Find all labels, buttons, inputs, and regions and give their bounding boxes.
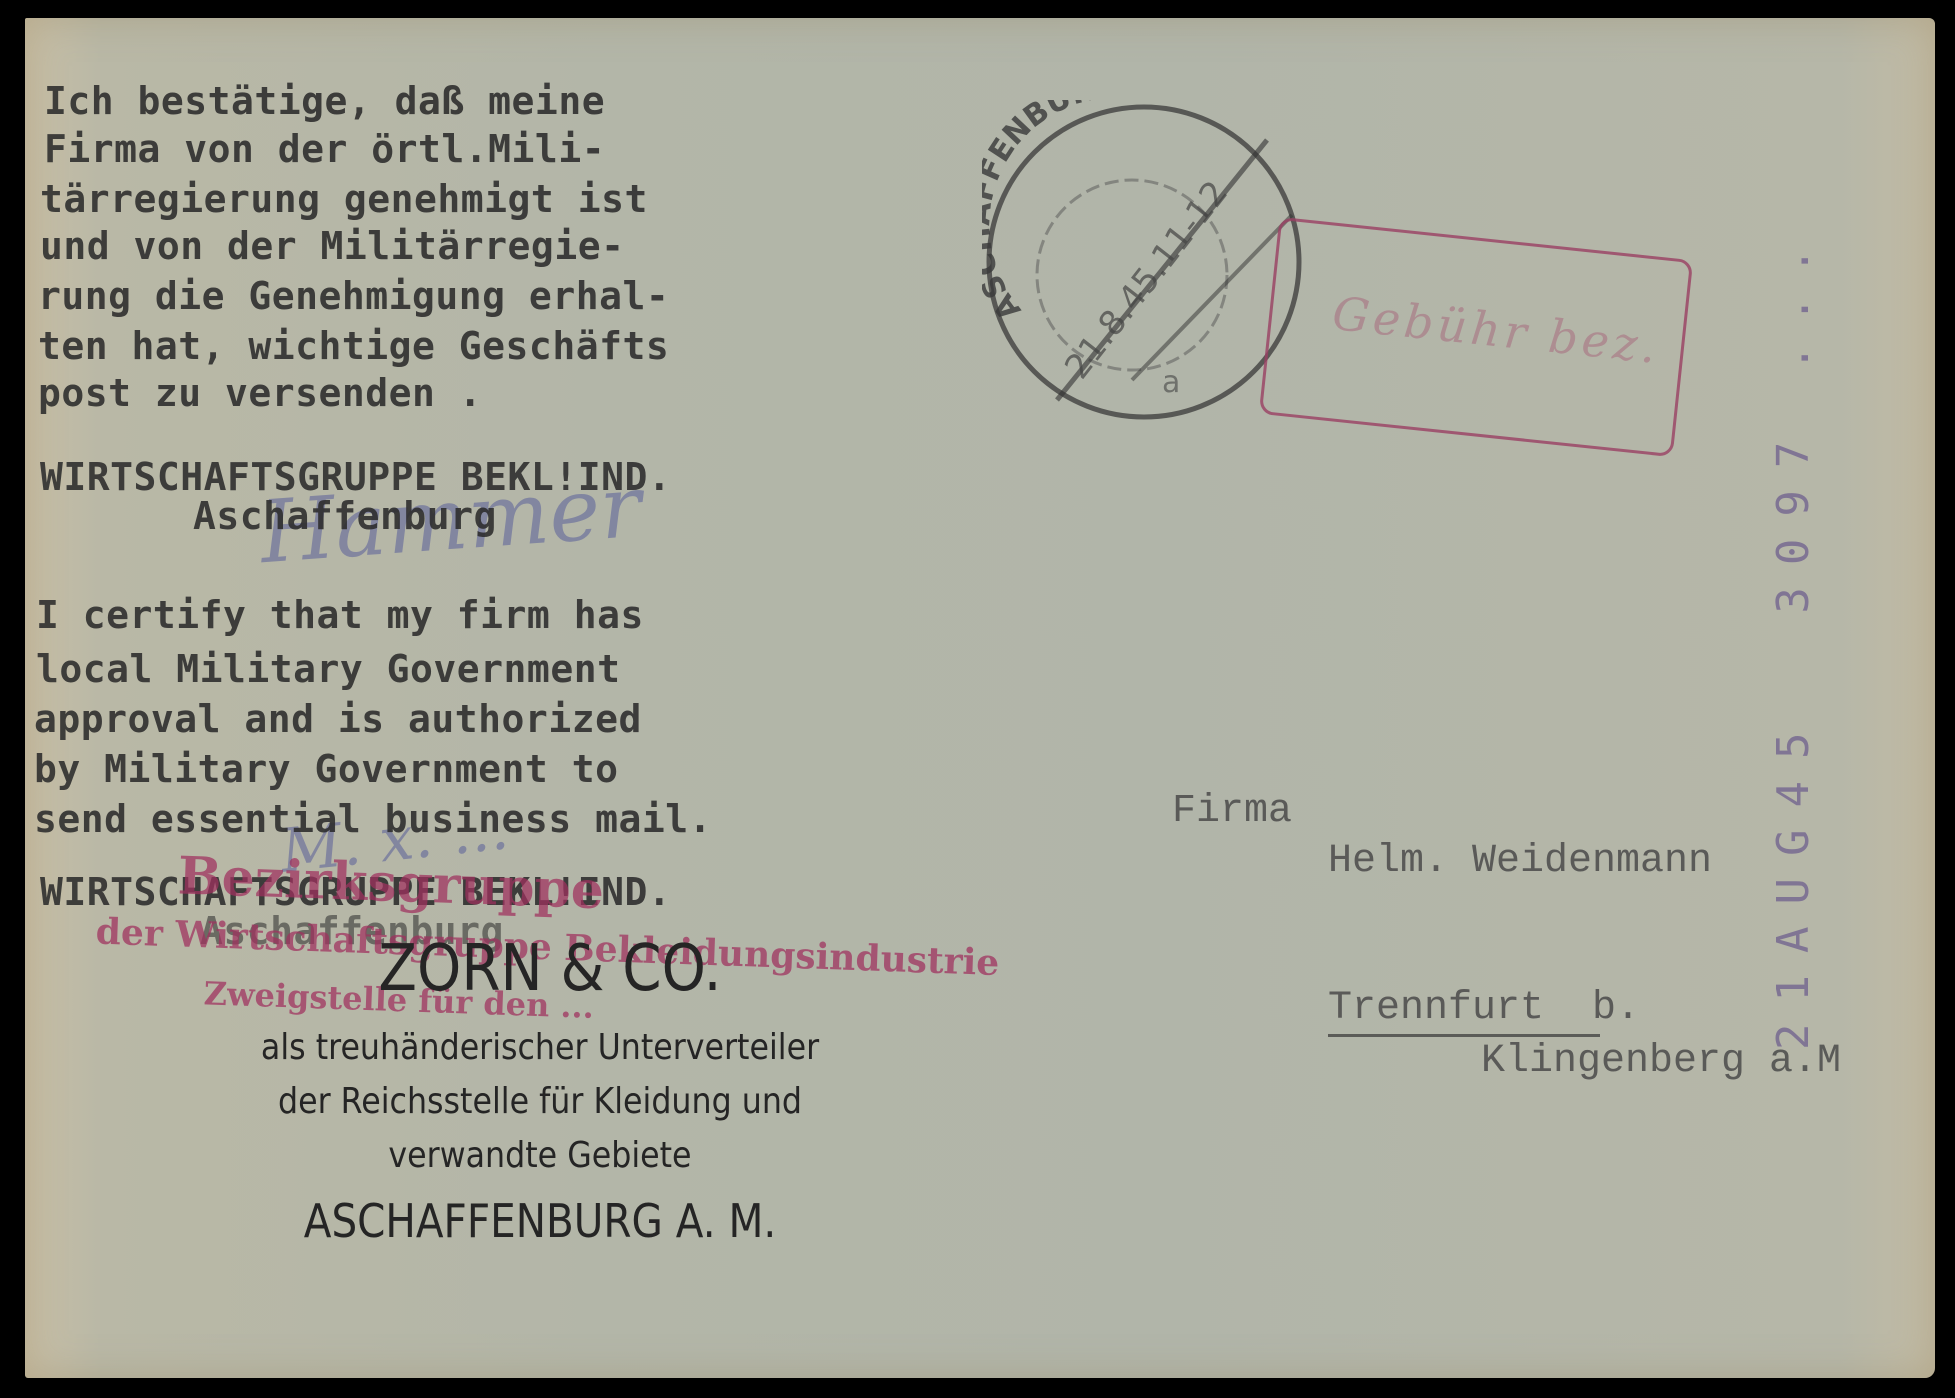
red-stamp-line: Bezirksgruppe [177,845,605,921]
recipient-line: Helm. Weidenmann [1328,842,1712,882]
recipient-line: Trennfurt b. [1328,989,1640,1029]
signature-city: Aschaffenburg [193,497,497,535]
english-line: by Military Government to [34,750,618,788]
underline [1328,1034,1600,1037]
german-line: ten hat, wichtige Geschäfts [38,327,669,365]
company-name: ZORN & CO. [295,937,805,1001]
german-line: Firma von der örtl.Mili- [44,130,605,168]
imprint-line: verwandte Gebiete [214,1138,865,1174]
postmark-letter: a [1162,365,1180,400]
english-line: approval and is authorized [34,700,642,738]
svg-text:ASCHAFFENBURG: ASCHAFFENBURG [982,100,1121,327]
boxed-handstamp-text: Gebühr bez. [1330,286,1663,374]
imprint-line: als treuhänderischer Unterverteiler [214,1030,865,1066]
imprint-line: der Reichsstelle für Kleidung und [214,1084,865,1120]
german-line: tärregierung genehmigt ist [40,180,648,218]
german-line: rung die Genehmigung erhal- [38,277,669,315]
postmark: ASCHAFFENBURG 21.8.45.11-12 a [982,100,1306,424]
german-line: und von der Militärregie- [40,227,624,265]
english-line: send essential business mail. [34,800,712,838]
recipient-line: Firma [1172,792,1292,832]
german-line: Ich bestätige, daß meine [44,82,605,120]
imprint-city: ASCHAFFENBURG A. M. [214,1198,865,1244]
english-line: local Military Government [36,650,620,688]
german-line: post zu versenden . [38,374,482,412]
english-line: I certify that my firm has [36,596,644,634]
signature-org: WIRTSCHAFTSGRUPPE BEKL!IND. [40,458,671,496]
vertical-receipt-stamp: 21AUG45 3097 ... [1768,226,1819,1050]
recipient-line: Klingenberg a.M [1481,1042,1841,1082]
